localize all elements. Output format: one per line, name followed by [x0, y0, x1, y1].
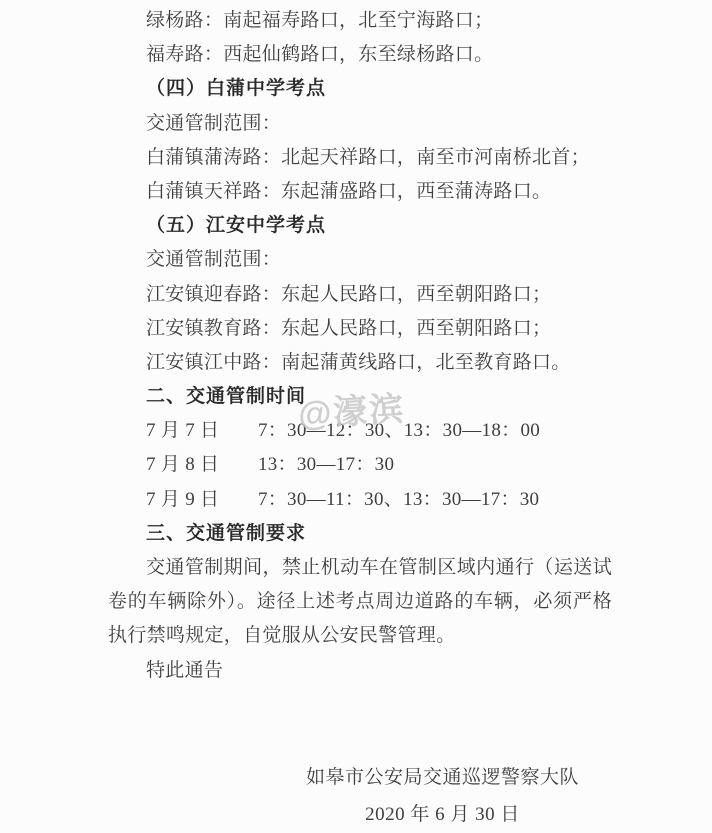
road-scope-line: 江安镇江中路：南起蒲黄线路口，北至教育路口。 [108, 346, 612, 380]
road-scope-line: 江安镇迎春路：东起人民路口，西至朝阳路口； [108, 278, 612, 312]
road-scope-line: 白蒲镇天祥路：东起蒲盛路口，西至蒲涛路口。 [108, 175, 612, 209]
signature-block: 如皋市公安局交通巡逻警察大队 2020 年 6 月 30 日 [306, 760, 579, 833]
issuer-department: 如皋市公安局交通巡逻警察大队 [306, 760, 579, 796]
road-scope-line: 绿杨路：南起福寿路口，北至宁海路口； [108, 4, 612, 38]
control-scope-label: 交通管制范围： [108, 107, 612, 141]
issue-date: 2020 年 6 月 30 日 [306, 796, 579, 833]
control-time-line: 7 月 7 日 7：30—12：30、13：30—18：00 [108, 414, 612, 448]
road-scope-line: 白蒲镇蒲涛路：北起天祥路口，南至市河南桥北首； [108, 141, 612, 175]
control-time-line: 7 月 8 日 13：30—17：30 [108, 448, 612, 482]
notice-page: 绿杨路：南起福寿路口，北至宁海路口； 福寿路：西起仙鹤路口，东至绿杨路口。 （四… [0, 0, 712, 833]
section-heading-checkpoint-5: （五）江安中学考点 [108, 209, 612, 243]
section-heading-control-requirements: 三、交通管制要求 [108, 517, 612, 551]
closing-notice-line: 特此通告 [108, 654, 612, 688]
notice-body: 绿杨路：南起福寿路口，北至宁海路口； 福寿路：西起仙鹤路口，东至绿杨路口。 （四… [108, 4, 612, 688]
control-scope-label: 交通管制范围： [108, 243, 612, 277]
control-requirements-paragraph: 交通管制期间，禁止机动车在管制区域内通行（运送试卷的车辆除外）。途径上述考点周边… [108, 551, 612, 654]
road-scope-line: 福寿路：西起仙鹤路口，东至绿杨路口。 [108, 38, 612, 72]
road-scope-line: 江安镇教育路：东起人民路口，西至朝阳路口； [108, 312, 612, 346]
control-time-line: 7 月 9 日 7：30—11：30、13：30—17：30 [108, 483, 612, 517]
section-heading-control-time: 二、交通管制时间 [108, 380, 612, 414]
section-heading-checkpoint-4: （四）白蒲中学考点 [108, 72, 612, 106]
